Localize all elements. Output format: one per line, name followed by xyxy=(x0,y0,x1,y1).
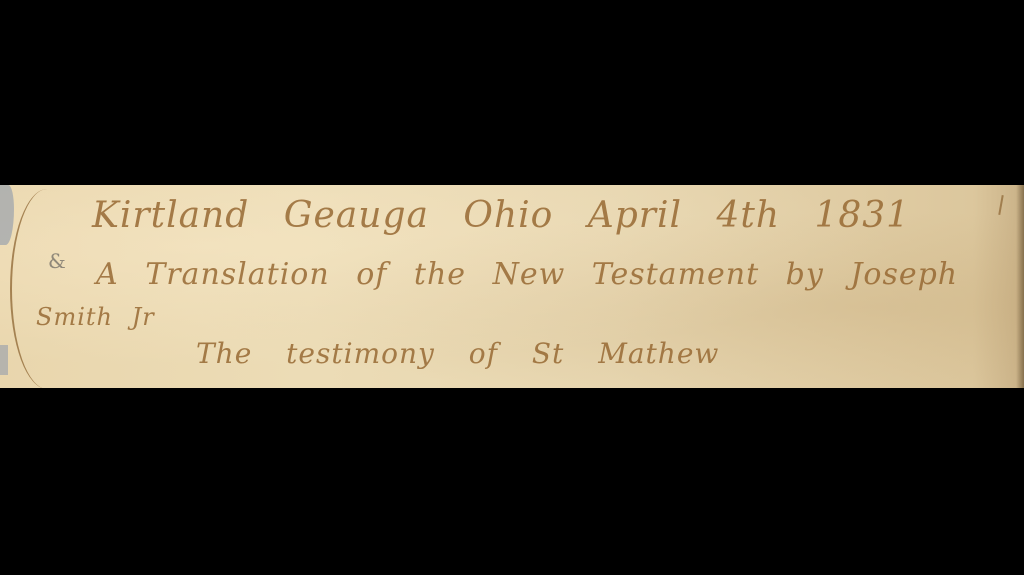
corner-ink-mark xyxy=(998,195,1003,215)
manuscript-page: & Kirtland Geauga Ohio April 4th 1831 A … xyxy=(0,185,1024,388)
title-line: A Translation of the New Testament by Jo… xyxy=(96,257,958,292)
margin-mark: & xyxy=(48,249,66,273)
subtitle-line: The testimony of St Mathew xyxy=(196,337,719,370)
paper-right-edge-shadow xyxy=(1016,185,1024,388)
heading-place-date: Kirtland Geauga Ohio April 4th 1831 xyxy=(92,195,910,236)
ink-bracket-flourish xyxy=(10,189,72,388)
torn-paper-edge xyxy=(0,185,14,245)
torn-paper-edge-lower xyxy=(0,345,8,375)
author-continuation: Smith Jr xyxy=(36,303,155,331)
